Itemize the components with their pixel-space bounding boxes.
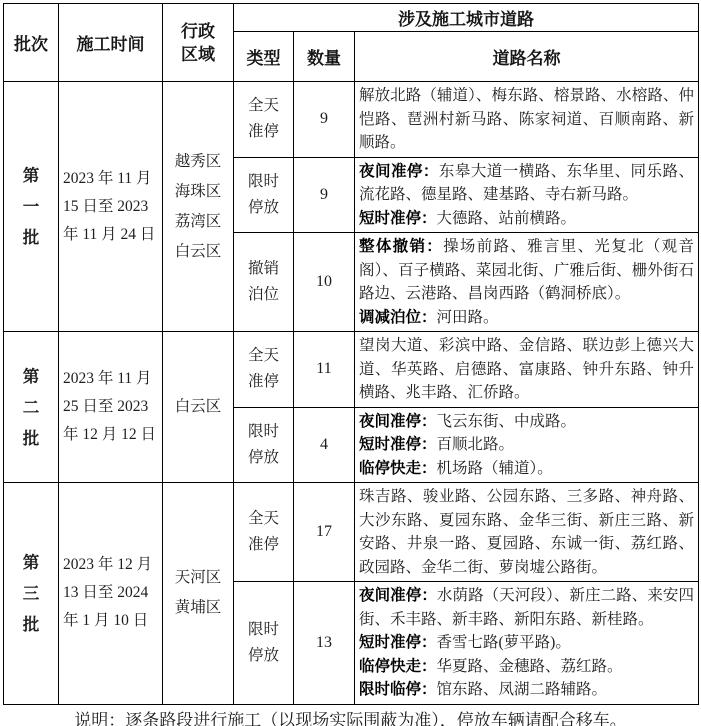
table-row: 第一批2023 年 11 月 15 日至 2023 年 11 月 24 日越秀区… — [4, 82, 699, 158]
segment-label: 夜间准停： — [359, 163, 439, 180]
roads-cell: 解放北路（辅道）、梅东路、榕景路、水榕路、仲恺路、琶洲村新马路、陈家祠道、百顺南… — [355, 82, 699, 158]
header-batch: 批次 — [4, 4, 59, 82]
type-cell: 限时停放 — [234, 157, 294, 233]
batch-label: 第一批 — [22, 160, 40, 253]
table-body: 第一批2023 年 11 月 15 日至 2023 年 11 月 24 日越秀区… — [4, 82, 699, 705]
road-segment: 整体撤销：操场前路、雅言里、光复北（观音阁）、百子横路、菜园北街、广雅后街、栅外… — [359, 235, 694, 306]
segment-text: 飞云东街、中成路。 — [437, 413, 577, 430]
count-cell: 4 — [294, 407, 355, 483]
segment-text: 河田路。 — [437, 309, 499, 326]
count-cell: 11 — [294, 332, 355, 408]
roads-cell: 夜间准停：飞云东街、中成路。短时准停：百顺北路。临停快走：机场路（辅道）。 — [355, 407, 699, 483]
segment-label: 整体撤销： — [359, 238, 443, 255]
region-line: 白云区 — [167, 237, 229, 267]
header-region: 行政区域 — [163, 4, 234, 82]
region-line: 越秀区 — [167, 147, 229, 177]
segment-text: 大德路、站前横路。 — [437, 210, 577, 227]
footer-note: 说明：逐条路段进行施工（以现场实际围蔽为准），停放车辆请配合移车。 — [3, 707, 698, 726]
roads-table: 批次 施工时间 行政区域 涉及施工城市道路 类型 数量 道路名称 第一批2023… — [3, 3, 699, 705]
region-line: 白云区 — [167, 392, 229, 422]
batch-cell: 第一批 — [4, 82, 59, 332]
type-text: 全天准停 — [247, 506, 280, 558]
segment-label: 调减泊位： — [359, 309, 437, 326]
type-cell: 全天准停 — [234, 332, 294, 408]
type-cell: 限时停放 — [234, 582, 294, 705]
region-cell: 白云区 — [163, 332, 234, 483]
type-text: 限时停放 — [247, 617, 280, 669]
time-text: 2023 年 12 月 13 日至 2024 年 1 月 10 日 — [63, 556, 152, 629]
header-row-top: 批次 施工时间 行政区域 涉及施工城市道路 — [4, 4, 699, 32]
time-cell: 2023 年 11 月 15 日至 2023 年 11 月 24 日 — [59, 82, 163, 332]
road-segment: 短时准停：百顺北路。 — [359, 433, 694, 457]
segment-text: 解放北路（辅道）、梅东路、榕景路、水榕路、仲恺路、琶洲村新马路、陈家祠道、百顺南… — [359, 87, 694, 151]
type-cell: 撤销泊位 — [234, 233, 294, 332]
count-cell: 9 — [294, 157, 355, 233]
header-roads-group: 涉及施工城市道路 — [234, 4, 699, 32]
header-count: 数量 — [294, 32, 355, 82]
roads-cell: 珠吉路、骏业路、公园东路、三多路、神舟路、大沙东路、夏园东路、金华三街、新庄三路… — [355, 483, 699, 582]
roads-cell: 整体撤销：操场前路、雅言里、光复北（观音阁）、百子横路、菜园北街、广雅后街、栅外… — [355, 233, 699, 332]
region-line: 黄埔区 — [167, 593, 229, 623]
road-segment: 夜间准停：飞云东街、中成路。 — [359, 410, 694, 434]
road-segment: 临停快走：华夏路、金穗路、荔红路。 — [359, 655, 694, 679]
batch-cell: 第二批 — [4, 332, 59, 483]
count-cell: 9 — [294, 82, 355, 158]
count-cell: 13 — [294, 582, 355, 705]
region-cell: 天河区黄埔区 — [163, 483, 234, 705]
segment-label: 短时准停： — [359, 210, 437, 227]
road-segment: 夜间准停：东皋大道一横路、东华里、同乐路、流花路、德星路、建基路、寺右新马路。 — [359, 160, 694, 207]
segment-label: 夜间准停： — [359, 587, 437, 604]
type-text: 全天准停 — [247, 343, 280, 395]
time-text: 2023 年 11 月 15 日至 2023 年 11 月 24 日 — [63, 170, 155, 243]
type-text: 限时停放 — [247, 419, 280, 471]
segment-text: 望岗大道、彩滨中路、金信路、联边彭上德兴大道、华英路、启德路、富康路、钟升东路、… — [359, 337, 694, 401]
segment-label: 短时准停： — [359, 634, 437, 651]
roads-cell: 夜间准停：水荫路（天河段）、新庄二路、来安四街、禾丰路、新丰路、新阳东路、新桂路… — [355, 582, 699, 705]
segment-label: 临停快走： — [359, 658, 437, 675]
type-text: 限时停放 — [247, 169, 280, 221]
table-row: 第二批2023 年 11 月 25 日至 2023 年 12 月 12 日白云区… — [4, 332, 699, 408]
count-cell: 10 — [294, 233, 355, 332]
segment-text: 华夏路、金穗路、荔红路。 — [437, 658, 623, 675]
roads-cell: 望岗大道、彩滨中路、金信路、联边彭上德兴大道、华英路、启德路、富康路、钟升东路、… — [355, 332, 699, 408]
type-cell: 全天准停 — [234, 483, 294, 582]
road-segment: 夜间准停：水荫路（天河段）、新庄二路、来安四街、禾丰路、新丰路、新阳东路、新桂路… — [359, 584, 694, 631]
header-time: 施工时间 — [59, 4, 163, 82]
road-segment: 限时临停：馆东路、凤湖二路辅路。 — [359, 678, 694, 702]
segment-label: 短时准停： — [359, 436, 437, 453]
region-line: 海珠区 — [167, 177, 229, 207]
road-segment: 调减泊位：河田路。 — [359, 306, 694, 330]
batch-label: 第三批 — [22, 547, 40, 640]
table-header: 批次 施工时间 行政区域 涉及施工城市道路 类型 数量 道路名称 — [4, 4, 699, 82]
type-cell: 全天准停 — [234, 82, 294, 158]
road-segment: 短时准停：大德路、站前横路。 — [359, 207, 694, 231]
segment-text: 香雪七路(萝平路)。 — [437, 634, 571, 651]
road-segment: 珠吉路、骏业路、公园东路、三多路、神舟路、大沙东路、夏园东路、金华三街、新庄三路… — [359, 485, 694, 579]
type-text: 全天准停 — [247, 93, 280, 145]
region-line: 天河区 — [167, 563, 229, 593]
region-cell: 越秀区海珠区荔湾区白云区 — [163, 82, 234, 332]
batch-cell: 第三批 — [4, 483, 59, 705]
segment-label: 夜间准停： — [359, 413, 437, 430]
segment-text: 机场路（辅道）。 — [437, 460, 553, 477]
batch-label: 第二批 — [22, 361, 40, 454]
time-text: 2023 年 11 月 25 日至 2023 年 12 月 12 日 — [63, 370, 156, 443]
road-segment: 临停快走：机场路（辅道）。 — [359, 457, 694, 481]
header-road-names: 道路名称 — [355, 32, 699, 82]
segment-text: 馆东路、凤湖二路辅路。 — [437, 681, 608, 698]
count-cell: 17 — [294, 483, 355, 582]
segment-text: 百顺北路。 — [437, 436, 515, 453]
road-segment: 解放北路（辅道）、梅东路、榕景路、水榕路、仲恺路、琶洲村新马路、陈家祠道、百顺南… — [359, 84, 694, 155]
segment-label: 临停快走： — [359, 460, 437, 477]
time-cell: 2023 年 11 月 25 日至 2023 年 12 月 12 日 — [59, 332, 163, 483]
region-line: 荔湾区 — [167, 207, 229, 237]
time-cell: 2023 年 12 月 13 日至 2024 年 1 月 10 日 — [59, 483, 163, 705]
page: 批次 施工时间 行政区域 涉及施工城市道路 类型 数量 道路名称 第一批2023… — [0, 0, 701, 726]
table-row: 第三批2023 年 12 月 13 日至 2024 年 1 月 10 日天河区黄… — [4, 483, 699, 582]
segment-label: 限时临停： — [359, 681, 437, 698]
road-segment: 短时准停：香雪七路(萝平路)。 — [359, 631, 694, 655]
segment-text: 珠吉路、骏业路、公园东路、三多路、神舟路、大沙东路、夏园东路、金华三街、新庄三路… — [359, 488, 694, 576]
type-cell: 限时停放 — [234, 407, 294, 483]
road-segment: 望岗大道、彩滨中路、金信路、联边彭上德兴大道、华英路、启德路、富康路、钟升东路、… — [359, 334, 694, 405]
roads-cell: 夜间准停：东皋大道一横路、东华里、同乐路、流花路、德星路、建基路、寺右新马路。短… — [355, 157, 699, 233]
header-region-label: 行政区域 — [178, 20, 217, 66]
type-text: 撤销泊位 — [247, 256, 280, 308]
header-type: 类型 — [234, 32, 294, 82]
